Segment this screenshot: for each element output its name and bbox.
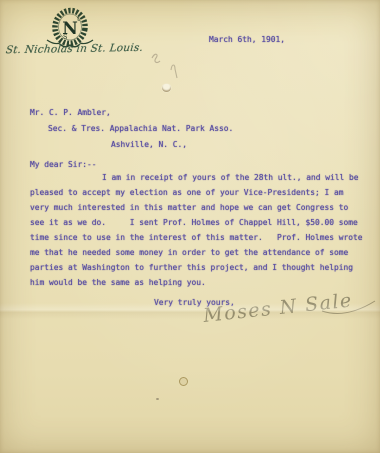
pencil-marks <box>138 50 208 95</box>
body-line: time since to use in the interest of thi… <box>30 230 374 245</box>
stain-mark <box>179 377 188 386</box>
letterhead-name: St. Nicholas in St. Louis. <box>5 42 147 56</box>
speck-mark <box>156 398 159 400</box>
date-line: March 6th, 1901, <box>209 35 285 44</box>
scanned-letter-page: N t S St. Nicholas in St. Louis. March 6… <box>0 0 380 453</box>
monogram-letter-super: t <box>77 15 80 23</box>
recipient-title: Sec. & Tres. Appalachia Nat. Park Asso. <box>48 124 233 133</box>
body-line: me that he needed some money in order to… <box>30 245 374 260</box>
signature: Moses N Sale <box>196 292 380 334</box>
letter-body: I am in receipt of yours of the 28th ult… <box>30 170 374 290</box>
body-line: him would be the same as helping you. <box>30 275 374 290</box>
body-line: parties at Washington to further this pr… <box>30 260 374 275</box>
body-line: pleased to accept my election as one of … <box>30 185 374 200</box>
monogram-letter-sub: S <box>63 33 67 41</box>
body-line: I am in receipt of yours of the 28th ult… <box>30 170 374 185</box>
signature-text: Moses N Sale <box>201 289 353 327</box>
pencil-squiggle-1 <box>152 54 160 62</box>
paper-hole <box>162 84 171 92</box>
body-line: very much interested in this matter and … <box>30 200 374 215</box>
salutation: My dear Sir:-- <box>30 160 97 169</box>
pencil-squiggle-2 <box>171 65 177 78</box>
body-line: see it as we do. I sent Prof. Holmes of … <box>30 215 374 230</box>
recipient-city: Ashville, N. C., <box>111 140 187 149</box>
recipient-name: Mr. C. P. Ambler, <box>30 108 111 117</box>
